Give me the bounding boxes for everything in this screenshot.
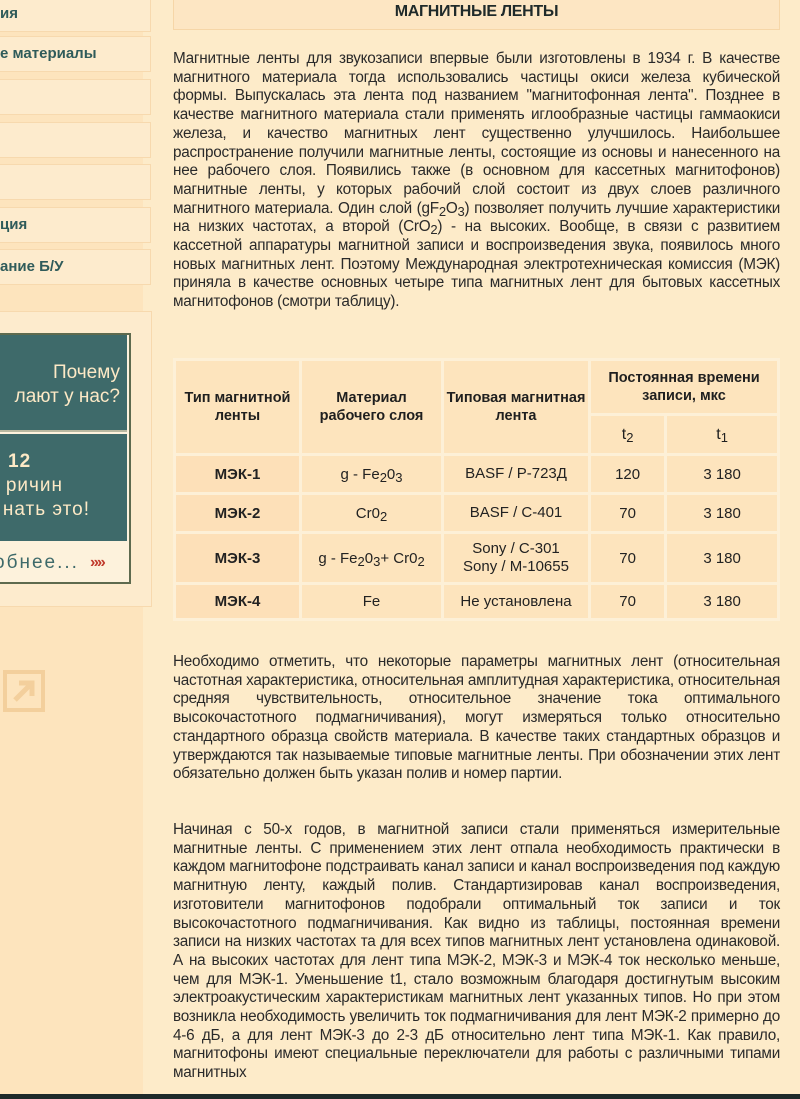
header-material: Материал рабочего слоя: [302, 361, 441, 453]
chevrons-right-icon: »»: [90, 543, 104, 582]
cell-t1: 3 180: [667, 456, 777, 492]
cell-type: МЭК-1: [176, 456, 299, 492]
bottom-edge: [0, 1094, 800, 1099]
cell-material: Fe: [302, 585, 441, 618]
sidebar-item-3[interactable]: [0, 79, 151, 115]
promo-header: Почему лают у нас?: [0, 335, 127, 432]
page: ия е материалы ция ание Б/У Почему лают …: [0, 0, 800, 1099]
sidebar-item-label: е материалы: [0, 37, 97, 71]
paragraph-measuring-tapes: Начиная с 50-х годов, в магнитной записи…: [173, 821, 780, 1083]
table-row: МЭК-2Cr02BASF / C-401703 180: [176, 495, 777, 531]
header-time-constant: Постоянная времени записи, мкс: [591, 361, 777, 413]
sidebar-item-label: ание Б/У: [0, 250, 63, 284]
promo-line: ричин: [0, 474, 63, 498]
promo-number: 12: [8, 450, 31, 474]
sidebar-item-1[interactable]: ия: [0, 0, 151, 32]
promo-body: 12 ричин нать это!: [0, 434, 127, 541]
promo-more-link[interactable]: обнее... »»: [0, 543, 127, 582]
cell-t1: 3 180: [667, 534, 777, 582]
promo-more-label: обнее...: [0, 543, 79, 582]
promo-line: нать это!: [0, 498, 90, 522]
tape-types-table: Тип магнитной ленты Материал рабочего сл…: [173, 358, 780, 621]
sidebar-item-6[interactable]: ция: [0, 207, 151, 243]
cell-material: Cr02: [302, 495, 441, 531]
cell-material: g - Fe203+ Cr02: [302, 534, 441, 582]
table-row: МЭК-3g - Fe203+ Cr02Sony / C-301Sony / M…: [176, 534, 777, 582]
header-t2: t2: [591, 416, 664, 453]
header-t1: t1: [667, 416, 777, 453]
cell-typical-tape: Sony / C-301Sony / M-10655: [444, 534, 588, 582]
cell-t2: 120: [591, 456, 664, 492]
promo-line: лают у нас?: [0, 385, 120, 409]
promo-line: Почему: [0, 361, 120, 385]
intro-paragraph: Магнитные ленты для звукозаписи впервые …: [173, 50, 780, 312]
page-title: МАГНИТНЫЕ ЛЕНТЫ: [173, 0, 780, 30]
sidebar-item-label: ия: [0, 0, 18, 31]
cell-type: МЭК-4: [176, 585, 299, 618]
sidebar-item-5[interactable]: [0, 164, 151, 200]
header-typical-tape: Типовая магнитная лента: [444, 361, 588, 453]
promo-banner[interactable]: Почему лают у нас? 12 ричин нать это! об…: [0, 333, 131, 584]
sidebar: ия е материалы ция ание Б/У Почему лают …: [0, 0, 152, 1099]
external-link-icon[interactable]: [3, 670, 45, 712]
cell-typical-tape: Не установлена: [444, 585, 588, 618]
table-row: МЭК-1g - Fe203BASF / P-723Д1203 180: [176, 456, 777, 492]
table-row: МЭК-4FeНе установлена703 180: [176, 585, 777, 618]
cell-typical-tape: BASF / C-401: [444, 495, 588, 531]
sidebar-item-4[interactable]: [0, 122, 151, 158]
cell-t1: 3 180: [667, 585, 777, 618]
cell-t2: 70: [591, 585, 664, 618]
sidebar-item-materials[interactable]: е материалы: [0, 36, 151, 72]
cell-type: МЭК-2: [176, 495, 299, 531]
cell-t2: 70: [591, 534, 664, 582]
header-type: Тип магнитной ленты: [176, 361, 299, 453]
cell-t2: 70: [591, 495, 664, 531]
cell-material: g - Fe203: [302, 456, 441, 492]
paragraph-standards: Необходимо отметить, что некоторые парам…: [173, 653, 780, 784]
cell-type: МЭК-3: [176, 534, 299, 582]
cell-t1: 3 180: [667, 495, 777, 531]
sidebar-item-label: ция: [0, 208, 27, 242]
sidebar-item-used[interactable]: ание Б/У: [0, 249, 151, 285]
cell-typical-tape: BASF / P-723Д: [444, 456, 588, 492]
